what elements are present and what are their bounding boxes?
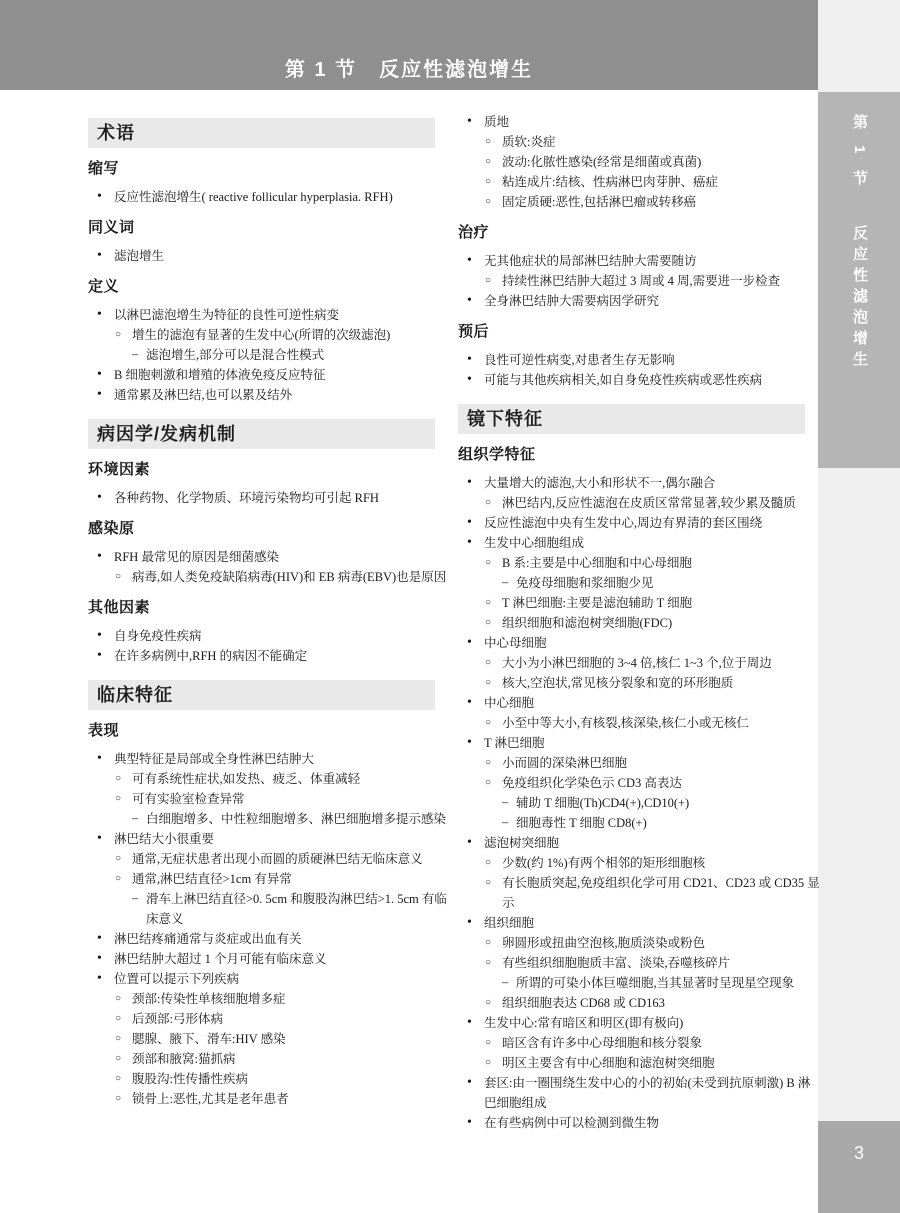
list-item: 中心细胞 bbox=[458, 693, 822, 713]
list-item: 自身免疫性疾病 bbox=[88, 626, 448, 646]
sub-heading: 同义词 bbox=[88, 217, 448, 239]
list-item: 持续性淋巴结肿大超过 3 周或 4 周,需要进一步检查 bbox=[458, 271, 822, 291]
list-item: 免疫组织化学染色示 CD3 高表达 bbox=[458, 773, 822, 793]
list-item: 质软:炎症 bbox=[458, 132, 822, 152]
sidebar-tab-title: 反应性滤泡增生 bbox=[851, 225, 868, 372]
list-item: 滤泡树突细胞 bbox=[458, 833, 822, 853]
list-item: 腹股沟:性传播性疾病 bbox=[88, 1069, 448, 1089]
sub-heading: 定义 bbox=[88, 276, 448, 298]
list-item: 通常,无症状患者出现小而圆的质硬淋巴结无临床意义 bbox=[88, 849, 448, 869]
list-item: 中心母细胞 bbox=[458, 633, 822, 653]
list-item: 大小为小淋巴细胞的 3~4 倍,核仁 1~3 个,位于周边 bbox=[458, 653, 822, 673]
sub-heading: 感染原 bbox=[88, 518, 448, 540]
list-item: 细胞毒性 T 细胞 CD8(+) bbox=[458, 813, 822, 833]
list-item: 滤泡增生 bbox=[88, 246, 448, 266]
list-item: RFH 最常见的原因是细菌感染 bbox=[88, 547, 448, 567]
sub-heading: 环境因素 bbox=[88, 459, 448, 481]
sub-heading: 缩写 bbox=[88, 158, 448, 180]
list-item: 滑车上淋巴结直径>0. 5cm 和腹股沟淋巴结>1. 5cm 有临床意义 bbox=[88, 889, 448, 929]
list-item: 良性可逆性病变,对患者生存无影响 bbox=[458, 350, 822, 370]
sub-heading: 治疗 bbox=[458, 222, 822, 244]
list-item: 生发中心细胞组成 bbox=[458, 533, 822, 553]
sub-heading: 表现 bbox=[88, 720, 448, 742]
list-item: 病毒,如人类免疫缺陷病毒(HIV)和 EB 病毒(EBV)也是原因 bbox=[88, 567, 448, 587]
list-item: 有些组织细胞胞质丰富、淡染,吞噬核碎片 bbox=[458, 953, 822, 973]
list-item: 组织细胞 bbox=[458, 913, 822, 933]
list-item: 明区主要含有中心细胞和滤泡树突细胞 bbox=[458, 1053, 822, 1073]
list-item: 淋巴结内,反应性滤泡在皮质区常常显著,较少累及髓质 bbox=[458, 493, 822, 513]
list-item: 辅助 T 细胞(Th)CD4(+),CD10(+) bbox=[458, 793, 822, 813]
list-item: 反应性滤泡增生( reactive follicular hyperplasia… bbox=[88, 187, 448, 207]
list-item: 反应性滤泡中央有生发中心,周边有界清的套区围绕 bbox=[458, 513, 822, 533]
list-item: 后颈部:弓形体病 bbox=[88, 1009, 448, 1029]
list-item: 颈部:传染性单核细胞增多症 bbox=[88, 989, 448, 1009]
list-item: T 淋巴细胞:主要是滤泡辅助 T 细胞 bbox=[458, 593, 822, 613]
list-item: 核大,空泡状,常见核分裂象和宽的环形胞质 bbox=[458, 673, 822, 693]
list-item: 小至中等大小,有核裂,核深染,核仁小或无核仁 bbox=[458, 713, 822, 733]
list-item: 在有些病例中可以检测到微生物 bbox=[458, 1113, 822, 1133]
list-item: T 淋巴细胞 bbox=[458, 733, 822, 753]
chapter-title: 反应性滤泡增生 bbox=[379, 53, 533, 82]
chapter-section-label: 第 1 节 bbox=[285, 53, 357, 82]
list-item: 全身淋巴结肿大需要病因学研究 bbox=[458, 291, 822, 311]
page-number-box: 3 bbox=[818, 1121, 900, 1213]
list-item: 组织细胞和滤泡树突细胞(FDC) bbox=[458, 613, 822, 633]
left-column: 术语缩写反应性滤泡增生( reactive follicular hyperpl… bbox=[88, 118, 448, 1109]
list-item: 套区:由一圈围绕生发中心的小的初始(未受到抗原刺激) B 淋巴细胞组成 bbox=[458, 1073, 822, 1113]
sub-heading: 组织学特征 bbox=[458, 444, 822, 466]
list-item: 通常累及淋巴结,也可以累及结外 bbox=[88, 385, 448, 405]
list-item: 免疫母细胞和浆细胞少见 bbox=[458, 573, 822, 593]
list-item: 各种药物、化学物质、环境污染物均可引起 RFH bbox=[88, 488, 448, 508]
chapter-header-bar: 第 1 节 反应性滤泡增生 bbox=[0, 0, 818, 90]
list-item: 生发中心:常有暗区和明区(即有极向) bbox=[458, 1013, 822, 1033]
section-heading: 临床特征 bbox=[88, 680, 435, 710]
list-item: B 系:主要是中心细胞和中心母细胞 bbox=[458, 553, 822, 573]
list-item: 以淋巴滤泡增生为特征的良性可逆性病变 bbox=[88, 305, 448, 325]
list-item: 淋巴结疼痛通常与炎症或出血有关 bbox=[88, 929, 448, 949]
list-item: 所谓的可染小体巨噬细胞,当其显著时呈现星空现象 bbox=[458, 973, 822, 993]
sidebar-tab-section-label: 第 1 节 bbox=[851, 114, 868, 191]
page-number: 3 bbox=[854, 1143, 864, 1163]
list-item: 滤泡增生,部分可以是混合性模式 bbox=[88, 345, 448, 365]
list-item: 淋巴结肿大超过 1 个月可能有临床意义 bbox=[88, 949, 448, 969]
list-item: 无其他症状的局部淋巴结肿大需要随访 bbox=[458, 251, 822, 271]
list-item: 质地 bbox=[458, 112, 822, 132]
list-item: 暗区含有许多中心母细胞和核分裂象 bbox=[458, 1033, 822, 1053]
list-item: 通常,淋巴结直径>1cm 有异常 bbox=[88, 869, 448, 889]
list-item: 波动:化脓性感染(经常是细菌或真菌) bbox=[458, 152, 822, 172]
sidebar-chapter-tab: 第 1 节 反应性滤泡增生 bbox=[818, 92, 900, 468]
list-item: 增生的滤泡有显著的生发中心(所谓的次级滤泡) bbox=[88, 325, 448, 345]
list-item: 有长胞质突起,免疫组织化学可用 CD21、CD23 或 CD35 显示 bbox=[458, 873, 822, 913]
list-item: 小而圆的深染淋巴细胞 bbox=[458, 753, 822, 773]
list-item: 位置可以提示下列疾病 bbox=[88, 969, 448, 989]
list-item: 少数(约 1%)有两个相邻的矩形细胞核 bbox=[458, 853, 822, 873]
list-item: 在许多病例中,RFH 的病因不能确定 bbox=[88, 646, 448, 666]
list-item: B 细胞刺激和增殖的体液免疫反应特征 bbox=[88, 365, 448, 385]
list-item: 固定质硬:恶性,包括淋巴瘤或转移癌 bbox=[458, 192, 822, 212]
list-item: 粘连成片:结核、性病淋巴肉芽肿、癌症 bbox=[458, 172, 822, 192]
sub-heading: 其他因素 bbox=[88, 597, 448, 619]
list-item: 颈部和腋窝:猫抓病 bbox=[88, 1049, 448, 1069]
list-item: 锁骨上:恶性,尤其是老年患者 bbox=[88, 1089, 448, 1109]
list-item: 典型特征是局部或全身性淋巴结肿大 bbox=[88, 749, 448, 769]
list-item: 可有实验室检查异常 bbox=[88, 789, 448, 809]
section-heading: 病因学/发病机制 bbox=[88, 419, 435, 449]
list-item: 淋巴结大小很重要 bbox=[88, 829, 448, 849]
list-item: 腮腺、腋下、滑车:HIV 感染 bbox=[88, 1029, 448, 1049]
list-item: 组织细胞表达 CD68 或 CD163 bbox=[458, 993, 822, 1013]
list-item: 可能与其他疾病相关,如自身免疫性疾病或恶性疾病 bbox=[458, 370, 822, 390]
section-heading: 镜下特征 bbox=[458, 404, 805, 434]
section-heading: 术语 bbox=[88, 118, 435, 148]
list-item: 白细胞增多、中性粒细胞增多、淋巴细胞增多提示感染 bbox=[88, 809, 448, 829]
list-item: 可有系统性症状,如发热、疲乏、体重减轻 bbox=[88, 769, 448, 789]
right-column: 质地质软:炎症波动:化脓性感染(经常是细菌或真菌)粘连成片:结核、性病淋巴肉芽肿… bbox=[458, 112, 822, 1133]
sidebar-tab-text: 第 1 节 反应性滤泡增生 bbox=[818, 92, 900, 468]
sub-heading: 预后 bbox=[458, 321, 822, 343]
list-item: 卵圆形或扭曲空泡核,胞质淡染或粉色 bbox=[458, 933, 822, 953]
list-item: 大量增大的滤泡,大小和形状不一,偶尔融合 bbox=[458, 473, 822, 493]
